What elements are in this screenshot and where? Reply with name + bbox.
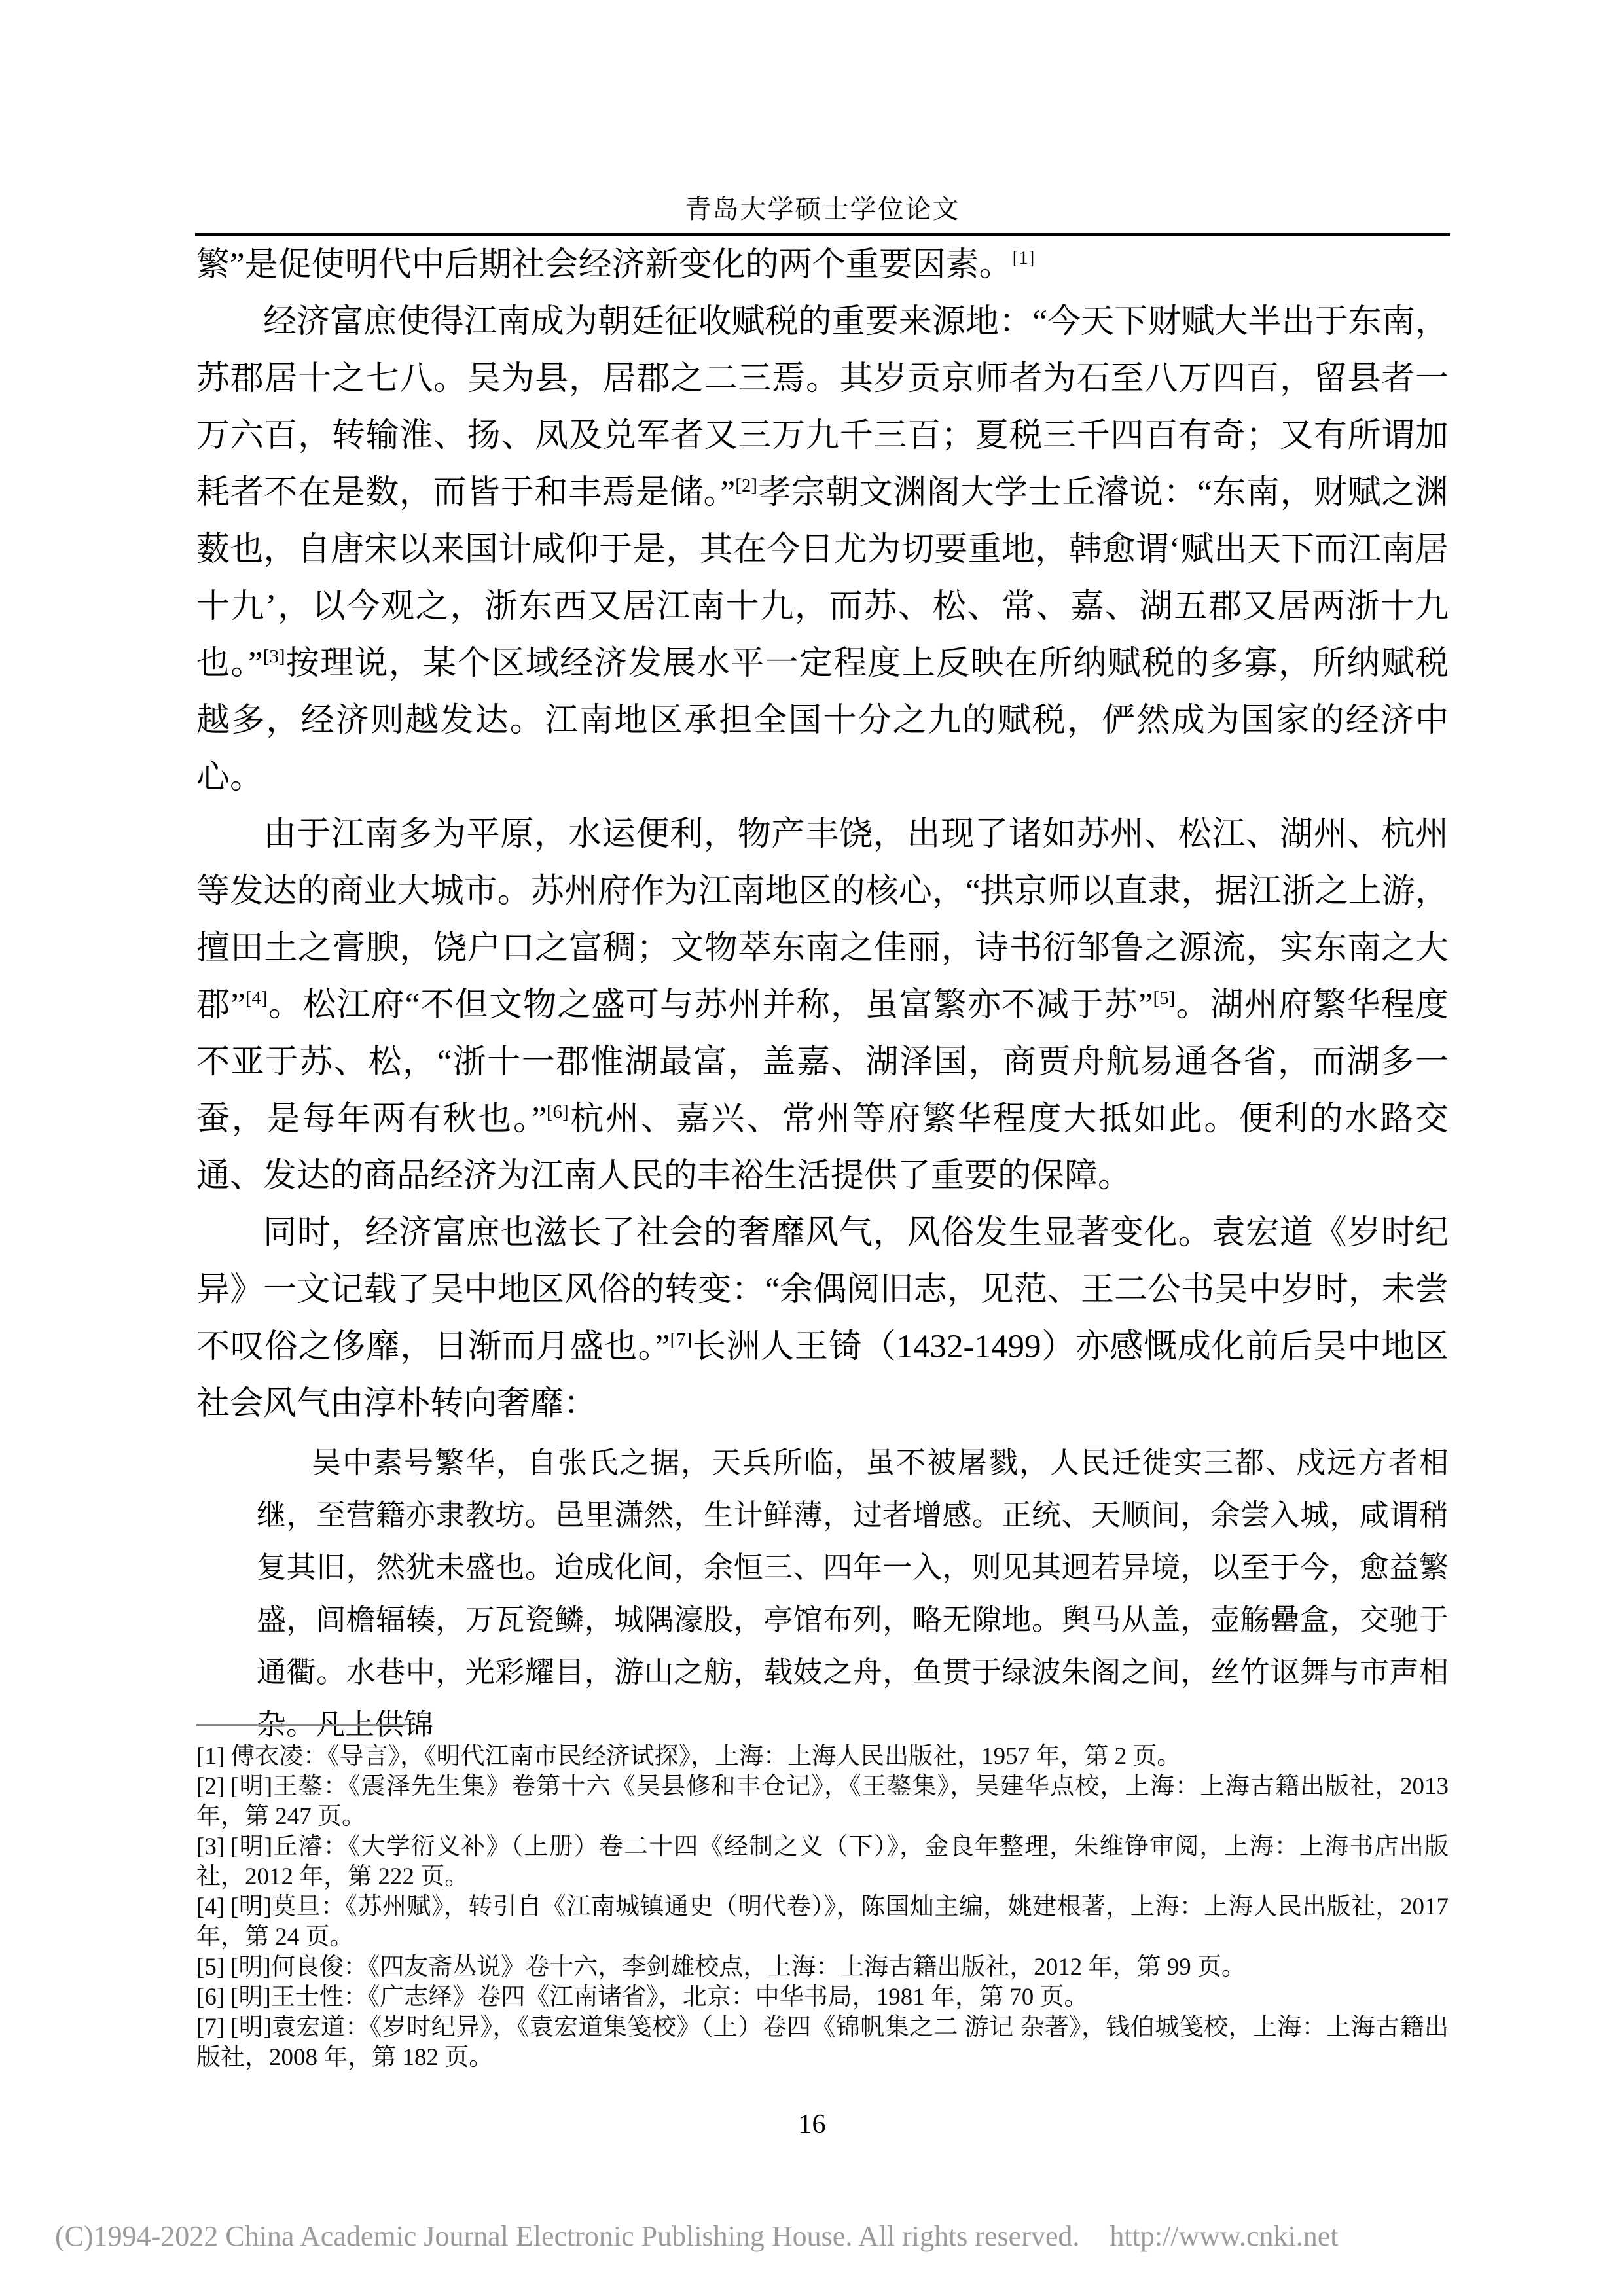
header-rule: [195, 233, 1450, 236]
footnote-item: [4][明]莫旦：《苏州赋》，转引自《江南城镇通史（明代卷）》，陈国灿主编，姚建…: [196, 1892, 1449, 1952]
footnote-text: 傅衣凌：《导言》，《明代江南市民经济试探》，上海：上海人民出版社，1957 年，…: [230, 1743, 1181, 1770]
block-quote: 吴中素号繁华，自张氏之据，天兵所临，虽不被屠戮，人民迁徙实三都、戍远方者相继，至…: [257, 1437, 1449, 1751]
footnote-marker: [1]: [196, 1743, 225, 1770]
footnote-ref: [5]: [1153, 988, 1176, 1009]
footnote-marker: [3]: [196, 1833, 225, 1860]
footnote-text: [明]丘濬：《大学衍义补》（上册）卷二十四《经制之义（下）》，金良年整理，朱维铮…: [196, 1833, 1449, 1890]
body-paragraph: 经济富庶使得江南成为朝廷征收赋税的重要来源地：“今天下财赋大半出于东南，苏郡居十…: [196, 294, 1449, 806]
footnote-ref: [7]: [670, 1329, 692, 1350]
text-run: 繁”是促使明代中后期社会经济新变化的两个重要因素。: [196, 247, 1013, 283]
footnote-marker: [2]: [196, 1773, 225, 1800]
footnote-text: [明]王鏊：《震泽先生集》卷第十六《吴县修和丰仓记》，《王鏊集》，吴建华点校，上…: [196, 1773, 1449, 1830]
footnote-item: [1]傅衣凌：《导言》，《明代江南市民经济试探》，上海：上海人民出版社，1957…: [196, 1742, 1449, 1772]
body-paragraph: 繁”是促使明代中后期社会经济新变化的两个重要因素。[1]: [196, 237, 1449, 294]
footnote-item: [6][明]王士性：《广志绎》卷四《江南诸省》，北京：中华书局，1981 年，第…: [196, 1982, 1449, 2013]
thesis-page: 青岛大学硕士学位论文 繁”是促使明代中后期社会经济新变化的两个重要因素。[1] …: [0, 0, 1624, 2296]
footnotes-section: [1]傅衣凌：《导言》，《明代江南市民经济试探》，上海：上海人民出版社，1957…: [196, 1724, 1449, 2073]
footnote-text: [明]王士性：《广志绎》卷四《江南诸省》，北京：中华书局，1981 年，第 70…: [230, 1984, 1088, 2011]
footnote-marker: [4]: [196, 1893, 225, 1920]
footnote-ref: [1]: [1013, 247, 1035, 268]
footnote-item: [2][明]王鏊：《震泽先生集》卷第十六《吴县修和丰仓记》，《王鏊集》，吴建华点…: [196, 1772, 1449, 1832]
page-number: 16: [0, 2109, 1624, 2140]
footnote-ref: [3]: [263, 646, 285, 667]
footnote-text: [明]袁宏道：《岁时纪异》，《袁宏道集笺校》（上）卷四《锦帆集之二 游记 杂著》…: [196, 2014, 1449, 2071]
footnote-item: [3][明]丘濬：《大学衍义补》（上册）卷二十四《经制之义（下）》，金良年整理，…: [196, 1832, 1449, 1892]
footnote-text: [明]莫旦：《苏州赋》，转引自《江南城镇通史（明代卷）》，陈国灿主编，姚建根著，…: [196, 1893, 1449, 1950]
footnote-separator-rule: [196, 1724, 405, 1726]
footnote-item: [5][明]何良俊：《四友斋丛说》卷十六，李剑雄校点，上海：上海古籍出版社，20…: [196, 1952, 1449, 1982]
text-run: 按理说，某个区域经济发展水平一定程度上反映在所纳赋税的多寡，所纳赋税越多，经济则…: [196, 645, 1449, 796]
footnote-ref: [4]: [245, 988, 268, 1009]
body-paragraph: 由于江南多为平原，水运便利，物产丰饶，出现了诸如苏州、松江、湖州、杭州等发达的商…: [196, 806, 1449, 1205]
running-head-title: 青岛大学硕士学位论文: [196, 194, 1449, 225]
footnote-ref: [2]: [735, 475, 757, 496]
body-paragraph: 同时，经济富庶也滋长了社会的奢靡风气，风俗发生显著变化。袁宏道《岁时纪异》一文记…: [196, 1205, 1449, 1433]
footnote-marker: [5]: [196, 1954, 225, 1981]
footnote-marker: [7]: [196, 2014, 225, 2041]
cnki-watermark: (C)1994-2022 China Academic Journal Elec…: [55, 2219, 1338, 2253]
watermark-cnki-url: http://www.cnki.net: [1110, 2220, 1338, 2252]
footnote-ref: [6]: [547, 1102, 569, 1122]
footnote-item: [7][明]袁宏道：《岁时纪异》，《袁宏道集笺校》（上）卷四《锦帆集之二 游记 …: [196, 2013, 1449, 2073]
footnote-list: [1]傅衣凌：《导言》，《明代江南市民经济试探》，上海：上海人民出版社，1957…: [196, 1742, 1449, 2073]
main-text: 繁”是促使明代中后期社会经济新变化的两个重要因素。[1] 经济富庶使得江南成为朝…: [196, 237, 1449, 1751]
watermark-copyright-text: (C)1994-2022 China Academic Journal Elec…: [55, 2220, 1079, 2252]
text-run: 。松江府“不但文物之盛可与苏州并称，虽富繁亦不减于苏”: [268, 987, 1153, 1024]
footnote-text: [明]何良俊：《四友斋丛说》卷十六，李剑雄校点，上海：上海古籍出版社，2012 …: [230, 1954, 1246, 1981]
footnote-marker: [6]: [196, 1984, 225, 2011]
